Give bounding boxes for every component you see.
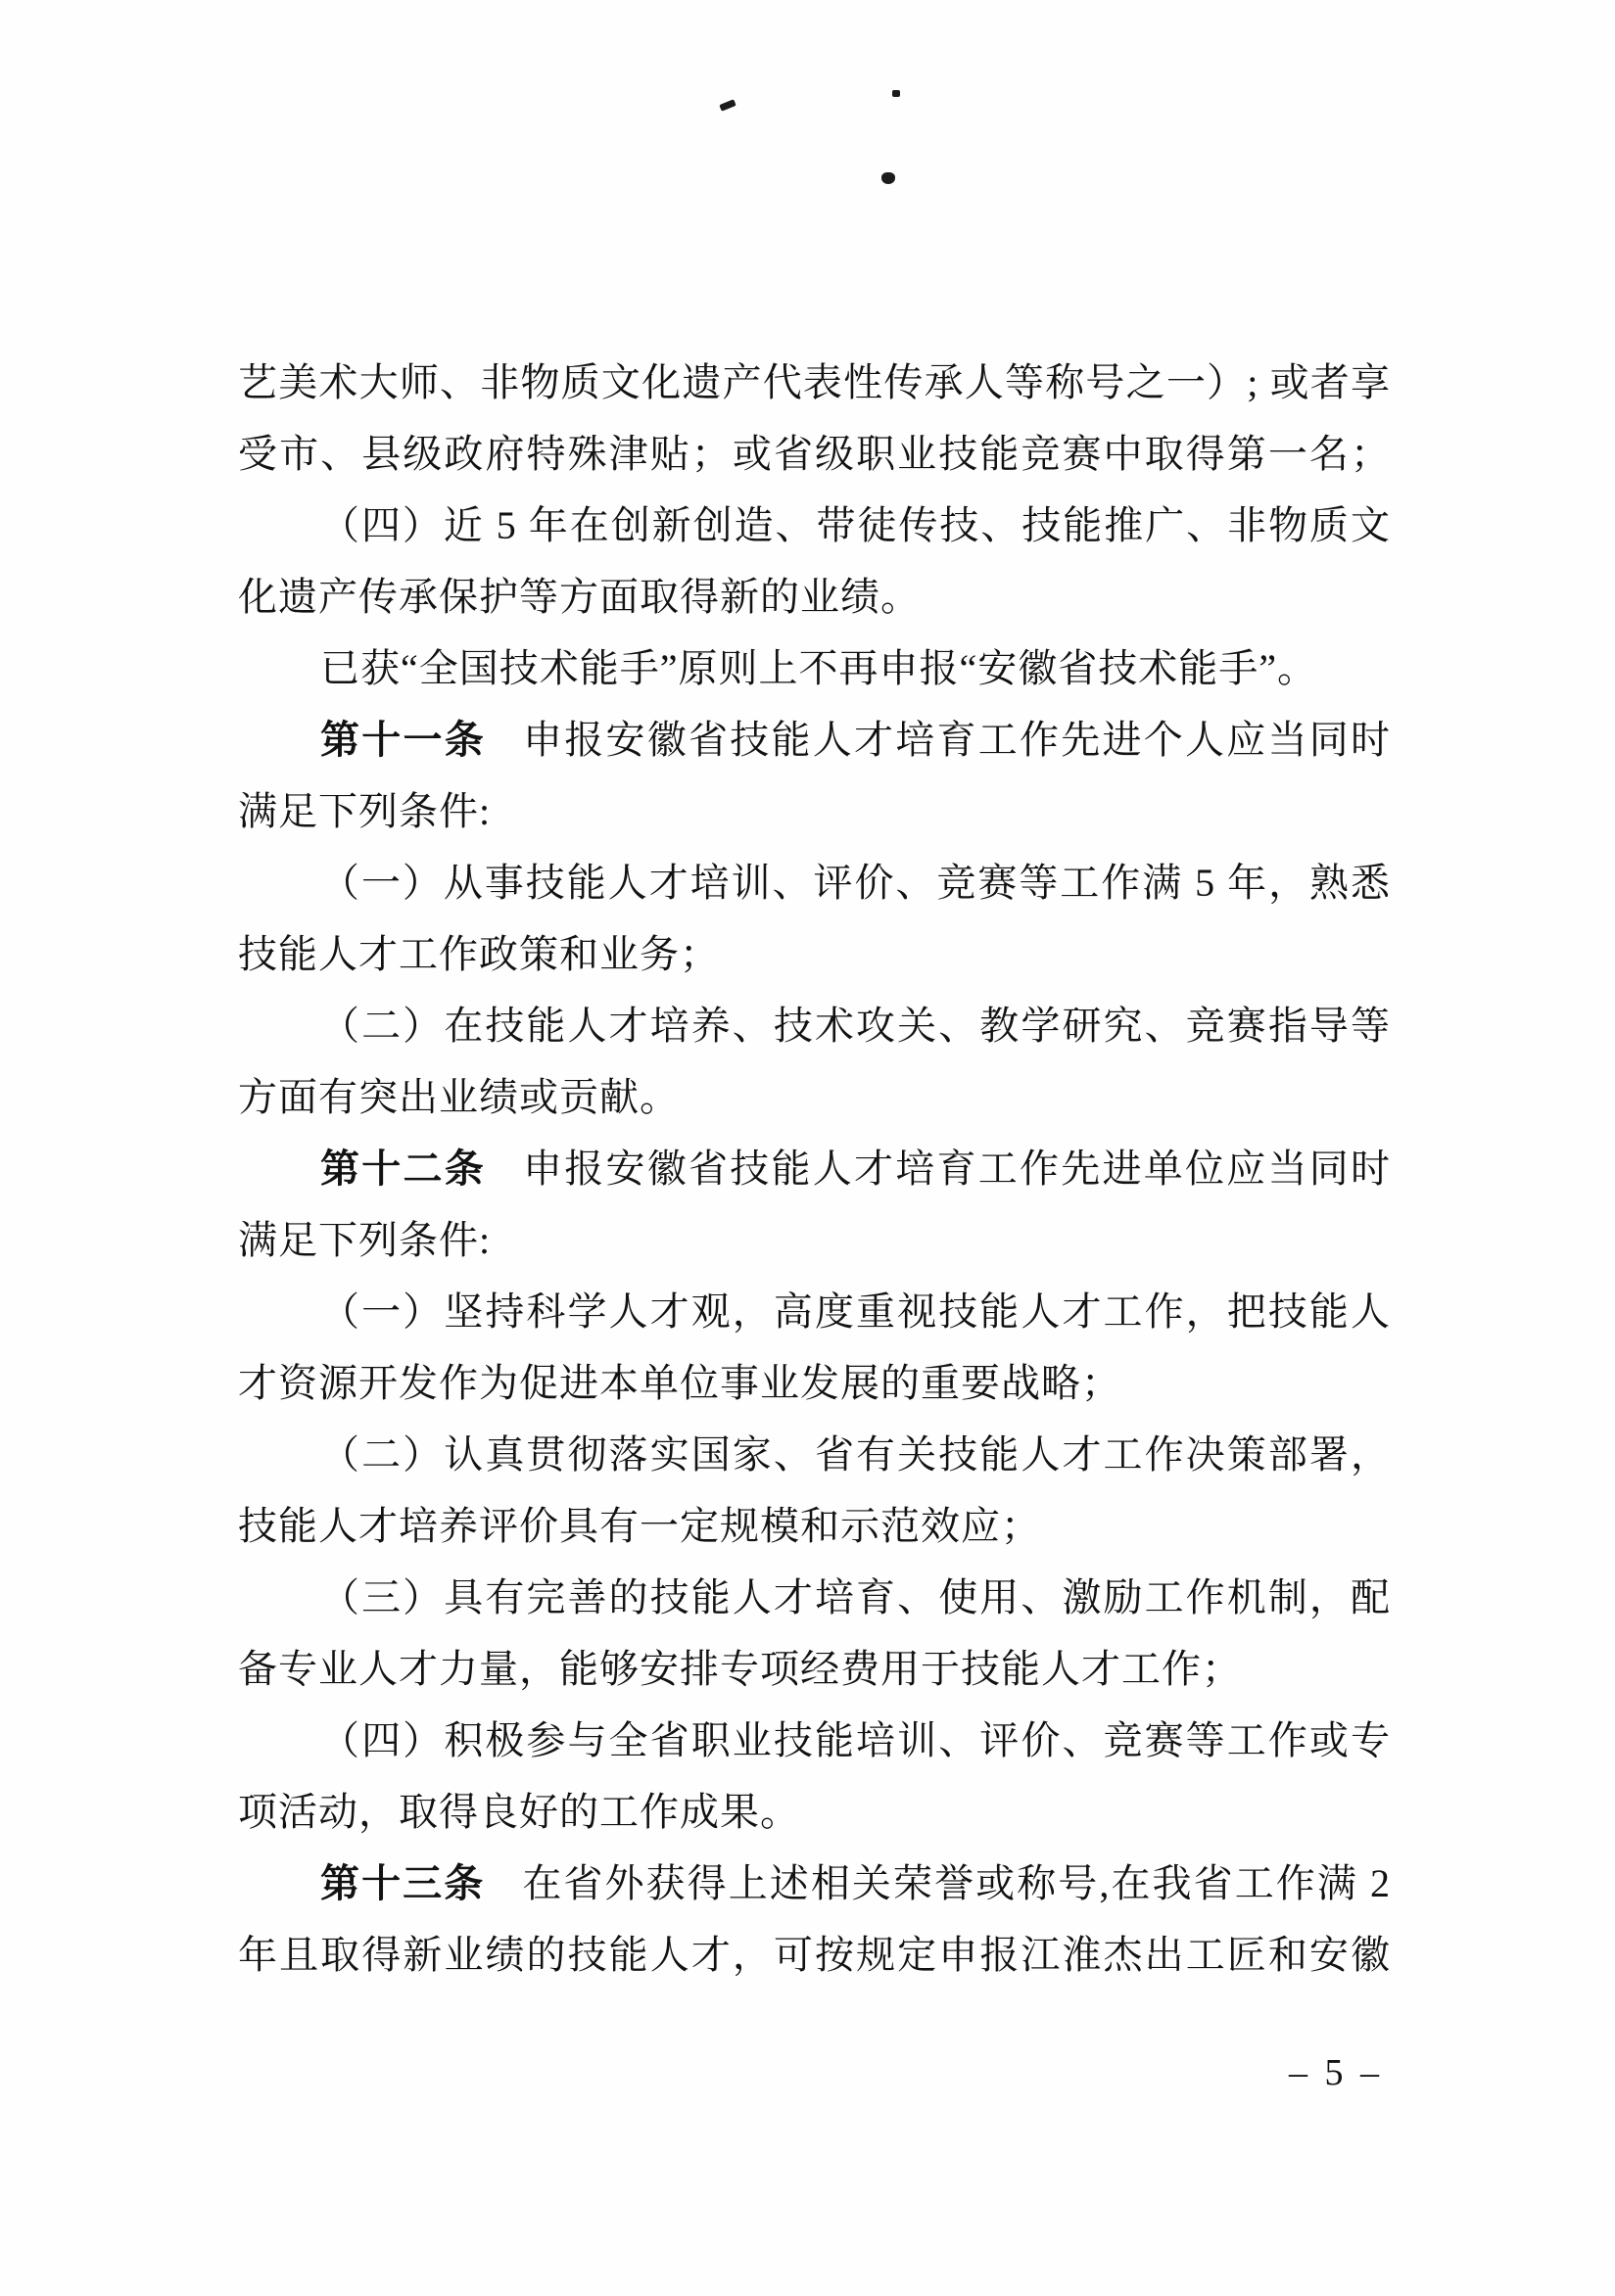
text-line: （四）积极参与全省职业技能培训、评价、竞赛等工作或专 xyxy=(238,1705,1391,1776)
text-line: （一）从事技能人才培训、评价、竞赛等工作满 5 年，熟悉 xyxy=(238,847,1391,918)
text-line: 受市、县级政府特殊津贴；或省级职业技能竞赛中取得第一名； xyxy=(238,418,1391,490)
article-text: 申报安徽省技能人才培育工作先进个人应当同时 xyxy=(523,718,1391,762)
article-number: 第十二条 xyxy=(320,1147,486,1191)
text-line: 满足下列条件: xyxy=(238,1204,1391,1276)
article-heading-line: 第十二条申报安徽省技能人才培育工作先进单位应当同时 xyxy=(238,1133,1391,1204)
text-line: （二）认真贯彻落实国家、省有关技能人才工作决策部署， xyxy=(238,1419,1391,1490)
scanned-document-page: 艺美术大师、非物质文化遗产代表性传承人等称号之一）; 或者享 受市、县级政府特殊… xyxy=(0,0,1615,2296)
text-line: 已获“全国技术能手”原则上不再申报“安徽省技术能手”。 xyxy=(238,633,1391,704)
text-line: 满足下列条件: xyxy=(238,775,1391,847)
text-line: 才资源开发作为促进本单位事业发展的重要战略； xyxy=(238,1347,1391,1419)
text-line: （四）近 5 年在创新创造、带徒传技、技能推广、非物质文 xyxy=(238,490,1391,561)
article-text: 申报安徽省技能人才培育工作先进单位应当同时 xyxy=(523,1147,1391,1191)
text-line: 技能人才培养评价具有一定规模和示范效应； xyxy=(238,1490,1391,1562)
text-line: 项活动，取得良好的工作成果。 xyxy=(238,1776,1391,1848)
page-number: – 5 – xyxy=(1289,2052,1383,2093)
text-line: 技能人才工作政策和业务； xyxy=(238,918,1391,990)
text-line: 年且取得新业绩的技能人才，可按规定申报江淮杰出工匠和安徽 xyxy=(238,1919,1391,1991)
article-text: 在省外获得上述相关荣誉或称号,在我省工作满 2 xyxy=(522,1861,1391,1905)
article-number: 第十三条 xyxy=(320,1861,485,1905)
text-line: 艺美术大师、非物质文化遗产代表性传承人等称号之一）; 或者享 xyxy=(238,347,1391,418)
text-line: （二）在技能人才培养、技术攻关、教学研究、竞赛指导等 xyxy=(238,990,1391,1061)
text-line: （一）坚持科学人才观，高度重视技能人才工作，把技能人 xyxy=(238,1276,1391,1347)
ink-speck xyxy=(719,99,736,111)
text-line: 化遗产传承保护等方面取得新的业绩。 xyxy=(238,561,1391,633)
document-body: 艺美术大师、非物质文化遗产代表性传承人等称号之一）; 或者享 受市、县级政府特殊… xyxy=(238,347,1391,1991)
article-heading-line: 第十一条申报安徽省技能人才培育工作先进个人应当同时 xyxy=(238,704,1391,775)
text-line: （三）具有完善的技能人才培育、使用、激励工作机制，配 xyxy=(238,1562,1391,1633)
ink-speck xyxy=(892,90,900,97)
text-line: 备专业人才力量，能够安排专项经费用于技能人才工作； xyxy=(238,1633,1391,1705)
text-line: 方面有突出业绩或贡献。 xyxy=(238,1061,1391,1133)
article-number: 第十一条 xyxy=(320,718,486,762)
article-heading-line: 第十三条在省外获得上述相关荣誉或称号,在我省工作满 2 xyxy=(238,1848,1391,1919)
ink-speck xyxy=(881,172,895,184)
